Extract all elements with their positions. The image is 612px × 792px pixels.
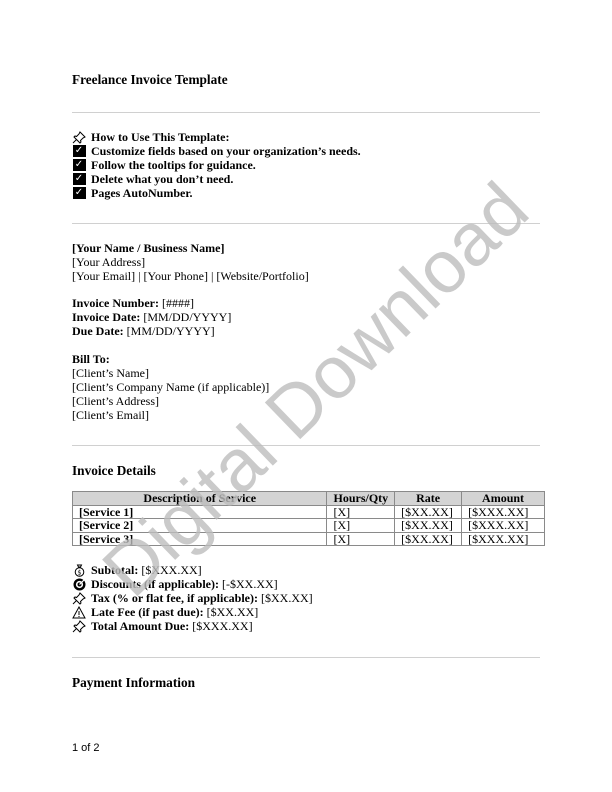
pushpin-icon bbox=[72, 620, 86, 633]
page-indicator: 1 of 2 bbox=[72, 742, 100, 754]
how-to-item: ✓ Pages AutoNumber. bbox=[72, 186, 361, 200]
column-header-description: Description of Service bbox=[73, 492, 327, 506]
how-to-item: ✓ Delete what you don’t need. bbox=[72, 172, 361, 186]
cell-description: [Service 3] bbox=[73, 532, 327, 546]
due-date: Due Date: [MM/DD/YYYY] bbox=[72, 324, 231, 338]
cell-amount: [$XXX.XX] bbox=[462, 532, 545, 546]
cell-hours: [X] bbox=[327, 505, 395, 519]
cell-description: [Service 1] bbox=[73, 505, 327, 519]
column-header-rate: Rate bbox=[395, 492, 462, 506]
how-to-section: How to Use This Template: ✓ Customize fi… bbox=[72, 130, 361, 200]
pushpin-icon bbox=[72, 592, 86, 605]
divider bbox=[72, 445, 540, 446]
table-row: [Service 1] [X] [$XX.XX] [$XXX.XX] bbox=[73, 505, 545, 519]
client-email: [Client’s Email] bbox=[72, 408, 269, 422]
invoice-date: Invoice Date: [MM/DD/YYYY] bbox=[72, 310, 231, 324]
discounts-line: Discounts (if applicable): [-$XX.XX] bbox=[72, 577, 313, 591]
totals-block: $ Subtotal: [$XXX.XX] Discounts (if appl… bbox=[72, 563, 313, 633]
pushpin-icon bbox=[72, 131, 86, 144]
cell-description: [Service 2] bbox=[73, 519, 327, 533]
cell-rate: [$XX.XX] bbox=[395, 519, 462, 533]
late-fee-line: Late Fee (if past due): [$XX.XX] bbox=[72, 605, 313, 619]
how-to-item: ✓ Follow the tooltips for guidance. bbox=[72, 158, 361, 172]
svg-text:$: $ bbox=[77, 568, 81, 576]
cell-rate: [$XX.XX] bbox=[395, 532, 462, 546]
divider bbox=[72, 657, 540, 658]
checkbox-checked-icon: ✓ bbox=[72, 173, 86, 186]
column-header-hours: Hours/Qty bbox=[327, 492, 395, 506]
table-row: [Service 2] [X] [$XX.XX] [$XXX.XX] bbox=[73, 519, 545, 533]
invoice-number: Invoice Number: [####] bbox=[72, 296, 231, 310]
invoice-page: Freelance Invoice Template How to Use Th… bbox=[0, 0, 612, 792]
payment-information-heading: Payment Information bbox=[72, 675, 195, 691]
column-header-amount: Amount bbox=[462, 492, 545, 506]
checkbox-checked-icon: ✓ bbox=[72, 145, 86, 158]
client-address: [Client’s Address] bbox=[72, 394, 269, 408]
cell-hours: [X] bbox=[327, 519, 395, 533]
divider bbox=[72, 223, 540, 224]
cell-amount: [$XXX.XX] bbox=[462, 519, 545, 533]
how-to-heading: How to Use This Template: bbox=[72, 130, 361, 144]
warning-icon bbox=[72, 606, 86, 619]
checkbox-checked-icon: ✓ bbox=[72, 187, 86, 200]
client-company: [Client’s Company Name (if applicable)] bbox=[72, 380, 269, 394]
cell-hours: [X] bbox=[327, 532, 395, 546]
table-header-row: Description of Service Hours/Qty Rate Am… bbox=[73, 492, 545, 506]
sender-name: [Your Name / Business Name] bbox=[72, 241, 309, 255]
bill-to-block: Bill To: [Client’s Name] [Client’s Compa… bbox=[72, 352, 269, 422]
sender-contact: [Your Email] | [Your Phone] | [Website/P… bbox=[72, 269, 309, 283]
divider bbox=[72, 112, 540, 113]
client-name: [Client’s Name] bbox=[72, 366, 269, 380]
bill-to-label: Bill To: bbox=[72, 352, 269, 366]
tax-line: Tax (% or flat fee, if applicable): [$XX… bbox=[72, 591, 313, 605]
cell-amount: [$XXX.XX] bbox=[462, 505, 545, 519]
sender-address: [Your Address] bbox=[72, 255, 309, 269]
subtotal-line: $ Subtotal: [$XXX.XX] bbox=[72, 563, 313, 577]
sender-block: [Your Name / Business Name] [Your Addres… bbox=[72, 241, 309, 283]
target-icon bbox=[72, 578, 86, 591]
invoice-items-table: Description of Service Hours/Qty Rate Am… bbox=[72, 491, 545, 546]
total-due-line: Total Amount Due: [$XXX.XX] bbox=[72, 619, 313, 633]
table-row: [Service 3] [X] [$XX.XX] [$XXX.XX] bbox=[73, 532, 545, 546]
invoice-details-heading: Invoice Details bbox=[72, 463, 156, 479]
how-to-item: ✓ Customize fields based on your organiz… bbox=[72, 144, 361, 158]
cell-rate: [$XX.XX] bbox=[395, 505, 462, 519]
money-bag-icon: $ bbox=[72, 564, 86, 577]
checkbox-checked-icon: ✓ bbox=[72, 159, 86, 172]
document-title: Freelance Invoice Template bbox=[72, 72, 228, 88]
invoice-meta: Invoice Number: [####] Invoice Date: [MM… bbox=[72, 296, 231, 338]
